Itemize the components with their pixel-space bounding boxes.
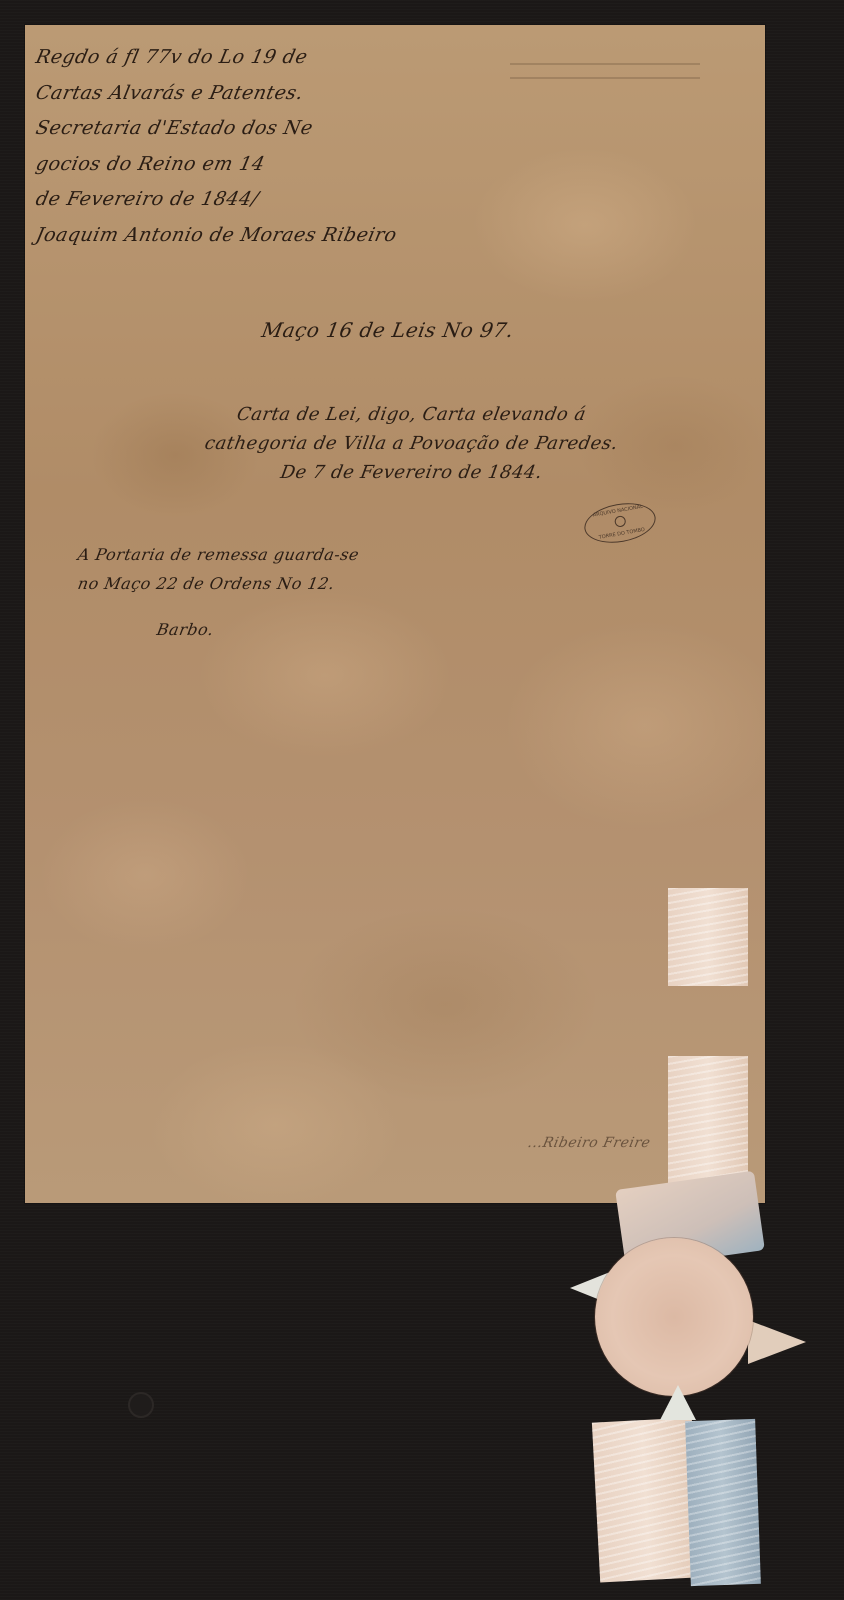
faint-bleed-through-text (510, 55, 700, 95)
registry-line: de Fevereiro de 1844/ (32, 182, 400, 218)
coat-of-arms-icon (613, 515, 626, 528)
registry-note: Regdo á fl 77v do Lo 19 de Cartas Alvará… (36, 40, 396, 253)
registry-line: Cartas Alvarás e Patentes. (32, 76, 400, 112)
silk-ribbon-lower (668, 1056, 748, 1186)
margin-note: A Portaria de remessa guarda-se no Maço … (78, 540, 359, 598)
registry-line: gocios do Reino em 14 (32, 147, 400, 183)
document-title: Carta de Lei, digo, Carta elevando á cat… (205, 400, 618, 487)
seal-flap (660, 1385, 696, 1420)
faint-signature: ...Ribeiro Freire (526, 1135, 652, 1151)
paper-seal (595, 1238, 753, 1396)
registry-signature: Joaquim Antonio de Moraes Ribeiro (32, 218, 400, 254)
silk-ribbon-upper (668, 888, 748, 986)
signoff: Barbo. (155, 620, 215, 639)
seal-flap (748, 1320, 806, 1364)
bundle-reference: Maço 16 de Leis No 97. (260, 318, 516, 342)
note-line: A Portaria de remessa guarda-se (75, 540, 361, 569)
mount-screw-icon (128, 1392, 154, 1418)
ribbon-tail-blue (685, 1419, 761, 1586)
registry-line: Secretaria d'Estado dos Ne (32, 111, 400, 147)
registry-line: Regdo á fl 77v do Lo 19 de (32, 40, 400, 76)
note-line: no Maço 22 de Ordens No 12. (75, 569, 361, 598)
title-line: cathegoria de Villa a Povoação de Parede… (202, 429, 620, 458)
title-date: De 7 de Fevereiro de 1844. (202, 458, 620, 487)
title-line: Carta de Lei, digo, Carta elevando á (202, 400, 620, 429)
ribbon-tail-pink (592, 1417, 700, 1582)
